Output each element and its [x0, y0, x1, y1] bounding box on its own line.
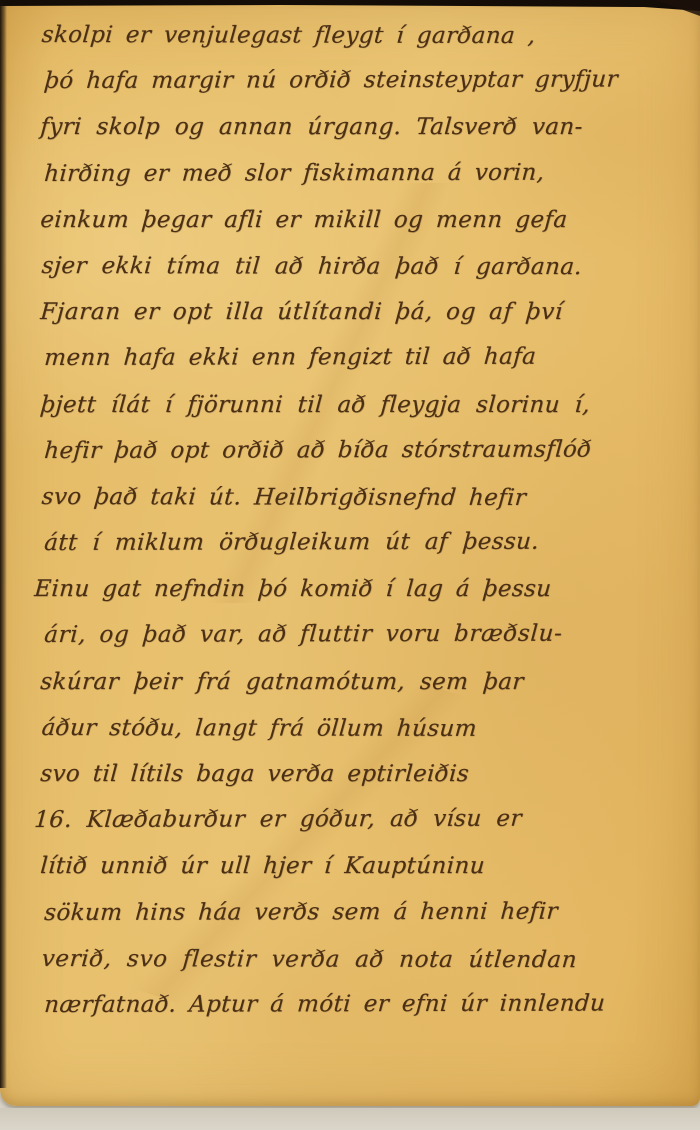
handwritten-line: menn hafa ekki enn fengizt til að hafa [38, 344, 677, 392]
handwritten-line: skúrar þeir frá gatnamótum, sem þar [38, 669, 677, 715]
handwritten-line: verið, svo flestir verða að nota útlenda… [38, 946, 678, 994]
handwritten-text-block: skolpi er venjulegast fleygt í garðana ,… [38, 22, 674, 1038]
handwritten-line: Einu gat nefndin þó komið í lag á þessu [32, 576, 677, 622]
handwritten-line: átt í miklum örðugleikum út af þessu. [38, 528, 677, 576]
handwritten-line: Fjaran er opt illa útlítandi þá, og af þ… [38, 299, 677, 345]
scan-bottom-backdrop [0, 1108, 700, 1130]
handwritten-line: svo það taki út. Heilbrigðisnefnd hefir [38, 484, 678, 532]
handwritten-line: einkum þegar afli er mikill og menn gefa [38, 207, 677, 253]
handwritten-line: fyri skolp og annan úrgang. Talsverð van… [38, 114, 677, 160]
handwritten-line: sökum hins háa verðs sem á henni hefir [38, 898, 677, 946]
handwritten-line: hefir það opt orðið að bíða stórstraumsf… [38, 436, 677, 484]
handwritten-line: nærfatnað. Aptur á móti er efni úr innle… [38, 990, 677, 1038]
handwritten-line: þjett ílát í fjörunni til að fleygja slo… [38, 392, 677, 438]
handwritten-line: áður stóðu, langt frá öllum húsum [38, 715, 678, 763]
handwritten-line: hirðing er með slor fiskimanna á vorin, [38, 159, 677, 207]
handwritten-line: svo til lítils baga verða eptirleiðis [38, 761, 677, 807]
handwritten-line: sjer ekki tíma til að hirða það í garðan… [38, 253, 678, 301]
scan-left-edge [0, 0, 7, 1088]
manuscript-page: skolpi er venjulegast fleygt í garðana ,… [0, 3, 700, 1106]
handwritten-line: þó hafa margir nú orðið steinsteyptar gr… [38, 67, 677, 115]
handwritten-line: 16. Klæðaburður er góður, að vísu er [32, 806, 677, 854]
handwritten-line: skolpi er venjulegast fleygt í garðana , [38, 22, 678, 70]
manuscript-scan: skolpi er venjulegast fleygt í garðana ,… [0, 0, 700, 1130]
handwritten-line: ári, og það var, að fluttir voru bræðslu… [38, 621, 677, 669]
handwritten-line: lítið unnið úr ull hjer í Kauptúninu [38, 853, 677, 899]
